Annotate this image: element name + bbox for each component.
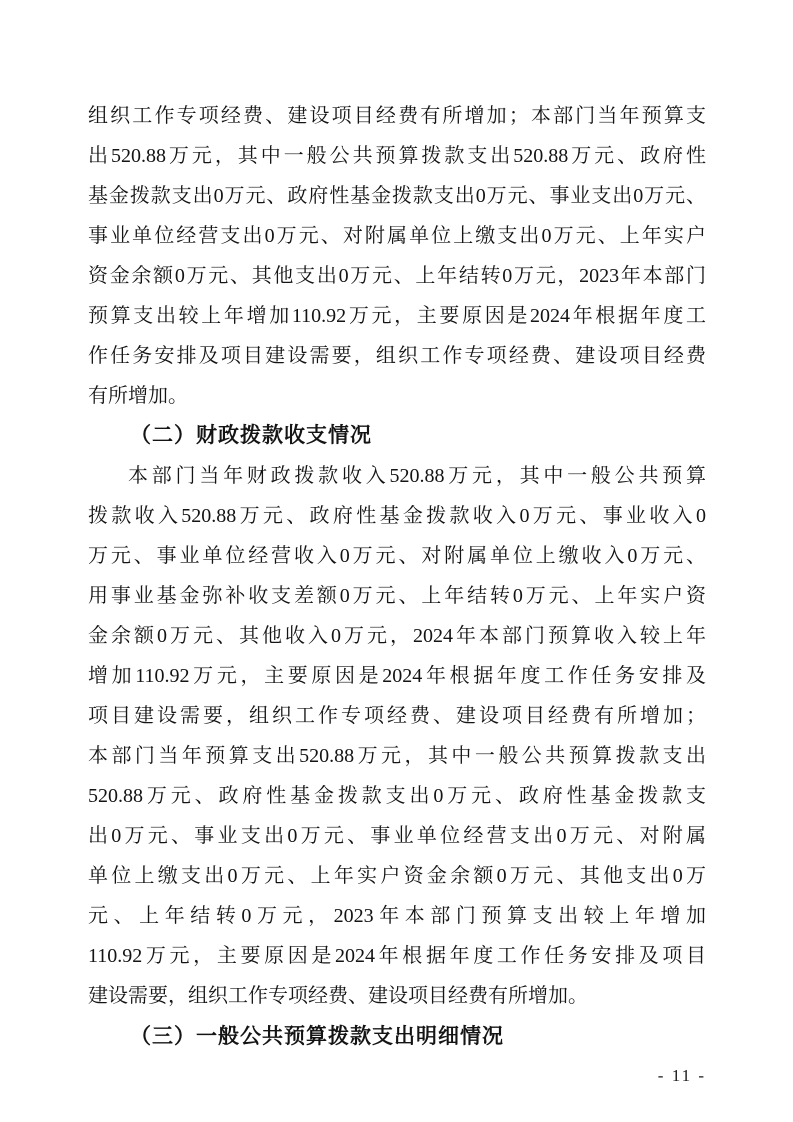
body-line: 拨款收入520.88万元、政府性基金拨款收入0万元、事业收入0 bbox=[88, 496, 706, 536]
body-line: 本部门当年财政拨款收入520.88万元，其中一般公共预算 bbox=[88, 456, 706, 496]
body-line: 组织工作专项经费、建设项目经费有所增加；本部门当年预算支 bbox=[88, 96, 706, 136]
body-line: 资金余额0万元、其他支出0万元、上年结转0万元，2023年本部门 bbox=[88, 256, 706, 296]
body-line: 单位上缴支出0万元、上年实户资金余额0万元、其他支出0万 bbox=[88, 856, 706, 896]
paragraph-budget-expenditure: 组织工作专项经费、建设项目经费有所增加；本部门当年预算支 出520.88万元，其… bbox=[88, 96, 706, 416]
section-heading-2: （二）财政拨款收支情况 bbox=[88, 416, 706, 456]
body-line: 110.92万元，主要原因是2024年根据年度工作任务安排及项目 bbox=[88, 936, 706, 976]
body-line: 本部门当年预算支出520.88万元，其中一般公共预算拨款支出 bbox=[88, 736, 706, 776]
page-number: - 11 - bbox=[88, 1056, 706, 1096]
body-line: 增加110.92万元，主要原因是2024年根据年度工作任务安排及 bbox=[88, 656, 706, 696]
page-content: 组织工作专项经费、建设项目经费有所增加；本部门当年预算支 出520.88万元，其… bbox=[88, 96, 706, 1096]
body-line: 建设需要，组织工作专项经费、建设项目经费有所增加。 bbox=[88, 976, 706, 1016]
body-line: 预算支出较上年增加110.92万元，主要原因是2024年根据年度工 bbox=[88, 296, 706, 336]
body-line: 作任务安排及项目建设需要，组织工作专项经费、建设项目经费 bbox=[88, 336, 706, 376]
body-line: 金余额0万元、其他收入0万元，2024年本部门预算收入较上年 bbox=[88, 616, 706, 656]
section-heading-3: （三）一般公共预算拨款支出明细情况 bbox=[88, 1016, 706, 1056]
body-line: 事业单位经营支出0万元、对附属单位上缴支出0万元、上年实户 bbox=[88, 216, 706, 256]
body-line: 项目建设需要，组织工作专项经费、建设项目经费有所增加； bbox=[88, 696, 706, 736]
body-line: 出520.88万元，其中一般公共预算拨款支出520.88万元、政府性 bbox=[88, 136, 706, 176]
body-line: 万元、事业单位经营收入0万元、对附属单位上缴收入0万元、 bbox=[88, 536, 706, 576]
document-page: 组织工作专项经费、建设项目经费有所增加；本部门当年预算支 出520.88万元，其… bbox=[0, 0, 793, 1122]
body-line: 出0万元、事业支出0万元、事业单位经营支出0万元、对附属 bbox=[88, 816, 706, 856]
paragraph-fiscal-appropriation: 本部门当年财政拨款收入520.88万元，其中一般公共预算 拨款收入520.88万… bbox=[88, 456, 706, 1016]
body-line: 元、上年结转0万元，2023年本部门预算支出较上年增加 bbox=[88, 896, 706, 936]
body-line: 基金拨款支出0万元、政府性基金拨款支出0万元、事业支出0万元、 bbox=[88, 176, 706, 216]
body-line: 520.88万元、政府性基金拨款支出0万元、政府性基金拨款支 bbox=[88, 776, 706, 816]
body-line: 有所增加。 bbox=[88, 376, 706, 416]
body-line: 用事业基金弥补收支差额0万元、上年结转0万元、上年实户资 bbox=[88, 576, 706, 616]
